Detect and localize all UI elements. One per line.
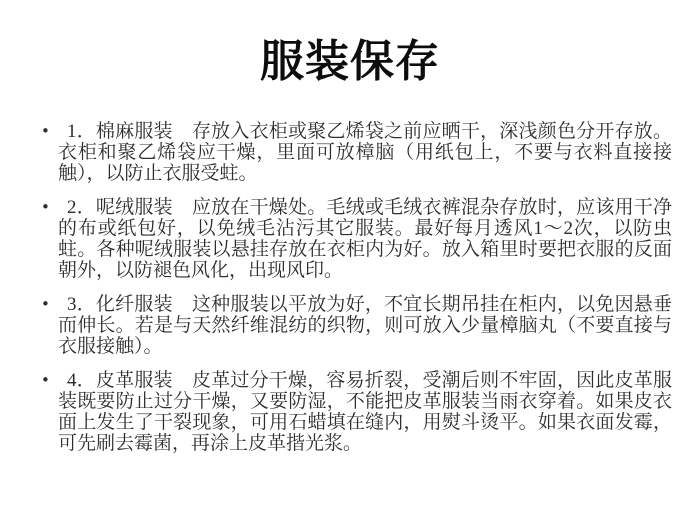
slide-body: • 1．棉麻服装 存放入衣柜或聚乙烯袋之前应晒干，深浅颜色分开存放。衣柜和聚乙烯…	[58, 121, 672, 467]
bullet-text-cotton-linen: 1．棉麻服装 存放入衣柜或聚乙烯袋之前应晒干，深浅颜色分开存放。衣柜和聚乙烯袋应…	[58, 121, 672, 184]
bullet-icon: •	[41, 370, 50, 391]
bullet-icon: •	[41, 294, 50, 315]
slide-title: 服装保存	[0, 36, 700, 88]
bullet-icon: •	[41, 197, 50, 218]
bullet-text-leather: 4．皮革服装 皮革过分干燥，容易折裂，受潮后则不牢固，因此皮革服装既要防止过分干…	[58, 370, 672, 454]
bullet-item-cotton-linen: • 1．棉麻服装 存放入衣柜或聚乙烯袋之前应晒干，深浅颜色分开存放。衣柜和聚乙烯…	[58, 121, 672, 184]
bullet-text-wool: 2．呢绒服装 应放在干燥处。毛绒或毛绒衣裤混杂存放时，应该用干净的布或纸包好，以…	[58, 197, 672, 281]
bullet-item-wool: • 2．呢绒服装 应放在干燥处。毛绒或毛绒衣裤混杂存放时，应该用干净的布或纸包好…	[58, 197, 672, 281]
bullet-text-synthetic-fiber: 3．化纤服装 这种服装以平放为好，不宜长期吊挂在柜内，以免因悬垂而伸长。若是与天…	[58, 294, 672, 357]
bullet-item-leather: • 4．皮革服装 皮革过分干燥，容易折裂，受潮后则不牢固，因此皮革服装既要防止过…	[58, 370, 672, 454]
slide: 服装保存 • 1．棉麻服装 存放入衣柜或聚乙烯袋之前应晒干，深浅颜色分开存放。衣…	[0, 0, 700, 525]
bullet-icon: •	[41, 121, 50, 142]
bullet-item-synthetic-fiber: • 3．化纤服装 这种服装以平放为好，不宜长期吊挂在柜内，以免因悬垂而伸长。若是…	[58, 294, 672, 357]
